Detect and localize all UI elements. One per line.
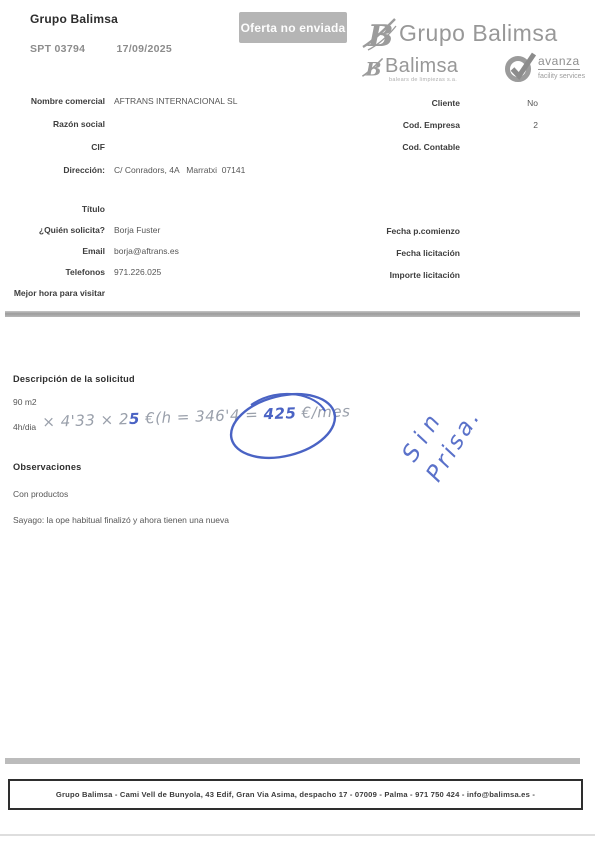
field-value: AFTRANS INTERNACIONAL SL	[114, 96, 237, 106]
footer-box: Grupo Balimsa - Cami Vell de Bunyola, 43…	[8, 779, 583, 810]
scan-artifact-line	[0, 834, 595, 836]
description-heading: Descripción de la solicitud	[13, 374, 135, 384]
observation-line: Sayago: la ope habitual finalizó y ahora…	[13, 515, 229, 525]
formula-blue-digit: 5	[129, 410, 141, 428]
dates-block: Fecha p.comienzo Fecha licitación Import…	[350, 226, 538, 292]
field-label: Título	[13, 204, 105, 215]
field-row-cif: CIF	[13, 142, 245, 165]
avanza-tagline: facility services	[538, 73, 585, 80]
offer-reference-number: SPT 03794	[30, 43, 85, 55]
offer-document-page: Grupo Balimsa SPT 03794 17/09/2025 Ofert…	[0, 0, 595, 842]
field-row-nombre-comercial: Nombre comercial AFTRANS INTERNACIONAL S…	[13, 96, 245, 119]
field-label: Fecha p.comienzo	[350, 226, 460, 237]
avanza-logo-text: avanza	[538, 55, 580, 70]
field-value: C/ Conradors, 4A Marratxi 07141	[114, 165, 245, 175]
field-row-telefonos: Telefonos 971.226.025	[13, 267, 179, 288]
balimsa-tagline: balears de limpiezas s.a.	[389, 77, 457, 83]
handwritten-diagonal-note: Sin Prisa.	[366, 355, 509, 532]
avanza-check-circle-icon	[504, 48, 537, 84]
observations-heading: Observaciones	[13, 462, 229, 472]
page-title: Grupo Balimsa	[30, 12, 118, 26]
avanza-logo-text-block: avanza facility services	[538, 53, 585, 80]
field-label: Cod. Empresa	[350, 120, 460, 131]
field-row-quien-solicita: ¿Quién solicita? Borja Fuster	[13, 225, 179, 246]
reference-line: SPT 03794 17/09/2025	[30, 43, 172, 55]
contact-fields-block: Título ¿Quién solicita? Borja Fuster Ema…	[13, 204, 179, 309]
balimsa-brush-b-icon: B	[361, 56, 384, 80]
description-line-area: 90 m2	[13, 397, 135, 407]
section-divider-bar	[5, 311, 580, 317]
grupo-balimsa-logo-text: Grupo Balimsa	[399, 20, 558, 47]
formula-pencil-part: × 4'33 × 2	[42, 410, 129, 431]
field-row-cod-contable: Cod. Contable	[350, 142, 538, 164]
field-value: No	[460, 98, 538, 108]
observations-section: Observaciones Con productos Sayago: la o…	[13, 462, 229, 525]
field-label: Cod. Contable	[350, 142, 460, 153]
field-label: Telefonos	[13, 267, 105, 278]
field-value: borja@aftrans.es	[114, 246, 179, 256]
field-label: Fecha licitación	[350, 248, 460, 259]
field-row-mejor-hora: Mejor hora para visitar	[13, 288, 179, 309]
footer-divider-bar	[5, 758, 580, 764]
field-label: Email	[13, 246, 105, 257]
field-label: Mejor hora para visitar	[13, 288, 105, 299]
field-row-titulo: Título	[13, 204, 179, 225]
status-badge: Oferta no enviada	[239, 12, 347, 43]
field-row-razon-social: Razón social	[13, 119, 245, 142]
field-label: ¿Quién solicita?	[13, 225, 105, 236]
field-row-importe-licitacion: Importe licitación	[350, 270, 538, 292]
field-label: Dirección:	[13, 165, 105, 176]
offer-date: 17/09/2025	[116, 43, 172, 55]
footer-address-text: Grupo Balimsa - Cami Vell de Bunyola, 43…	[56, 790, 535, 799]
handwritten-circle-annotation	[225, 389, 341, 463]
field-row-fecha-licitacion: Fecha licitación	[350, 248, 538, 270]
field-row-cod-empresa: Cod. Empresa 2	[350, 120, 538, 142]
field-row-fecha-pcomienzo: Fecha p.comienzo	[350, 226, 538, 248]
field-value: Borja Fuster	[114, 225, 160, 235]
field-value: 971.226.025	[114, 267, 161, 277]
field-label: Cliente	[350, 98, 460, 109]
field-label: Importe licitación	[350, 270, 460, 281]
field-row-cliente: Cliente No	[350, 98, 538, 120]
observation-line: Con productos	[13, 489, 229, 499]
field-label: CIF	[13, 142, 105, 153]
field-row-direccion: Dirección: C/ Conradors, 4A Marratxi 071…	[13, 165, 245, 188]
balimsa-logo-text: Balimsa	[385, 55, 458, 78]
field-row-email: Email borja@aftrans.es	[13, 246, 179, 267]
company-fields-block: Nombre comercial AFTRANS INTERNACIONAL S…	[13, 96, 245, 188]
grupo-balimsa-brush-b-icon: B	[361, 15, 397, 53]
field-label: Razón social	[13, 119, 105, 130]
field-value: 2	[460, 120, 538, 130]
client-codes-block: Cliente No Cod. Empresa 2 Cod. Contable	[350, 98, 538, 164]
field-label: Nombre comercial	[13, 96, 105, 107]
